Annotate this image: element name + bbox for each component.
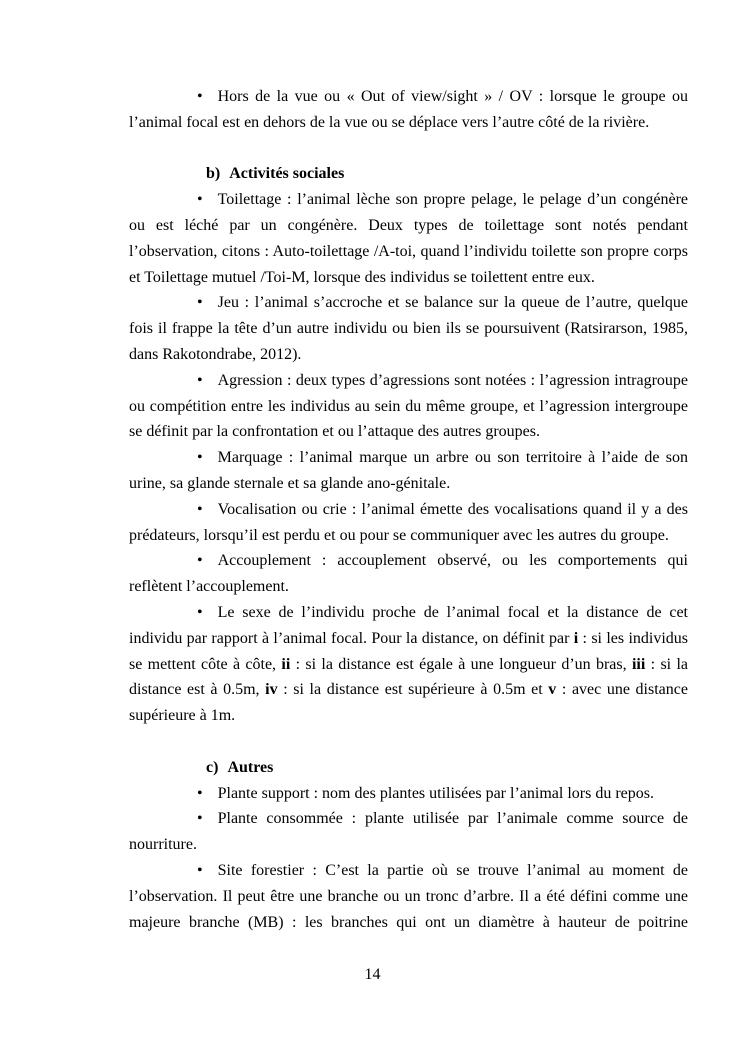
bullet-text: Accouplement : accouplement observé, ou …	[129, 552, 688, 595]
document-body: •Hors de la vue ou « Out of view/sight »…	[129, 84, 688, 935]
bullet-text: Marquage : l’animal marque un arbre ou s…	[129, 449, 688, 492]
bullet-text: Agression : deux types d’agressions sont…	[129, 372, 688, 441]
heading-title: Activités sociales	[229, 165, 344, 182]
bullet-text: Site forestier : C’est la partie où se t…	[129, 862, 688, 931]
bullet-item-agression: •Agression : deux types d’agressions son…	[129, 368, 688, 445]
bullet-item-marquage: •Marquage : l’animal marque un arbre ou …	[129, 445, 688, 497]
bullet-marker: •	[197, 449, 203, 466]
bullet-text: Jeu : l’animal s’accroche et se balance …	[129, 294, 688, 363]
document-page: •Hors de la vue ou « Out of view/sight »…	[0, 0, 745, 1053]
heading-label: b)	[206, 165, 220, 182]
bullet-text: Plante consommée : plante utilisée par l…	[129, 810, 688, 853]
bullet-marker: •	[197, 810, 203, 827]
bullet-marker: •	[197, 88, 203, 105]
bullet-item-accouplement: •Accouplement : accouplement observé, ou…	[129, 548, 688, 600]
bullet-item-jeu: •Jeu : l’animal s’accroche et se balance…	[129, 290, 688, 367]
bullet-text: Toilettage : l’animal lèche son propre p…	[129, 191, 688, 285]
bullet-marker: •	[197, 191, 203, 208]
bullet-item-vocalisation: •Vocalisation ou crie : l’animal émette …	[129, 497, 688, 549]
bullet-marker: •	[197, 372, 203, 389]
bullet-text: Plante support : nom des plantes utilisé…	[218, 785, 654, 802]
bullet-marker: •	[197, 294, 203, 311]
bullet-item-toilettage: •Toilettage : l’animal lèche son propre …	[129, 187, 688, 290]
bullet-item-sexe-distance: •Le sexe de l’individu proche de l’anima…	[129, 600, 688, 729]
page-number: 14	[0, 962, 745, 988]
section-heading-b: b)Activités sociales	[129, 161, 688, 187]
heading-label: c)	[206, 759, 218, 776]
bullet-marker: •	[197, 552, 203, 569]
bullet-item-plante-support: •Plante support : nom des plantes utilis…	[129, 781, 688, 807]
bullet-text: Le sexe de l’individu proche de l’animal…	[129, 604, 688, 724]
bullet-item-site-forestier: •Site forestier : C’est la partie où se …	[129, 858, 688, 935]
bullet-marker: •	[197, 862, 203, 879]
bullet-marker: •	[197, 785, 203, 802]
bullet-item-plante-consommee: •Plante consommée : plante utilisée par …	[129, 806, 688, 858]
bullet-marker: •	[197, 604, 203, 621]
bullet-text: Vocalisation ou crie : l’animal émette d…	[129, 501, 688, 544]
bullet-marker: •	[197, 501, 203, 518]
section-heading-c: c)Autres	[129, 755, 688, 781]
bullet-item-out-of-view: •Hors de la vue ou « Out of view/sight »…	[129, 84, 688, 136]
heading-title: Autres	[227, 759, 273, 776]
bullet-text: Hors de la vue ou « Out of view/sight » …	[129, 88, 688, 131]
